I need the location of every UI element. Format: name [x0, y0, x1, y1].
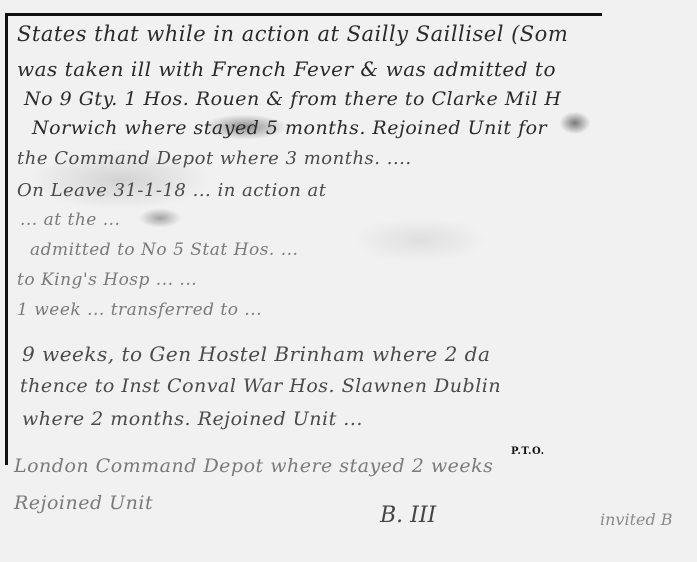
handwritten-line-3: No 9 Gty. 1 Hos. Rouen & from there to C… [24, 88, 562, 110]
handwritten-line-6: On Leave 31-1-18 ... in action at [17, 180, 326, 201]
handwritten-line-15: Rejoined Unit [14, 492, 153, 514]
handwritten-line-1: States that while in action at Sailly Sa… [17, 22, 568, 46]
pto-stamp: P.T.O. [511, 446, 545, 457]
handwritten-line-13: where 2 months. Rejoined Unit ... [22, 408, 363, 430]
initials-mark: B. III [380, 503, 436, 528]
handwritten-line-2: was taken ill with French Fever & was ad… [17, 57, 556, 81]
margin-note: invited B [600, 510, 673, 529]
top-rule-divider [5, 13, 602, 16]
handwritten-line-7: ... at the ... [20, 210, 120, 230]
left-rule-divider [5, 13, 8, 465]
handwritten-line-12: thence to Inst Conval War Hos. Slawnen D… [20, 375, 501, 397]
handwritten-line-14: London Command Depot where stayed 2 week… [14, 455, 493, 477]
handwritten-line-5: the Command Depot where 3 months. .... [17, 148, 412, 169]
handwritten-line-11: 9 weeks, to Gen Hostel Brinham where 2 d… [22, 342, 490, 366]
handwritten-line-10: 1 week ... transferred to ... [17, 300, 262, 320]
handwritten-line-8: admitted to No 5 Stat Hos. ... [30, 240, 298, 260]
handwritten-line-4: Norwich where stayed 5 months. Rejoined … [32, 117, 547, 139]
document-page: States that while in action at Sailly Sa… [0, 0, 697, 562]
handwritten-line-9: to King's Hosp ... ... [17, 270, 197, 290]
